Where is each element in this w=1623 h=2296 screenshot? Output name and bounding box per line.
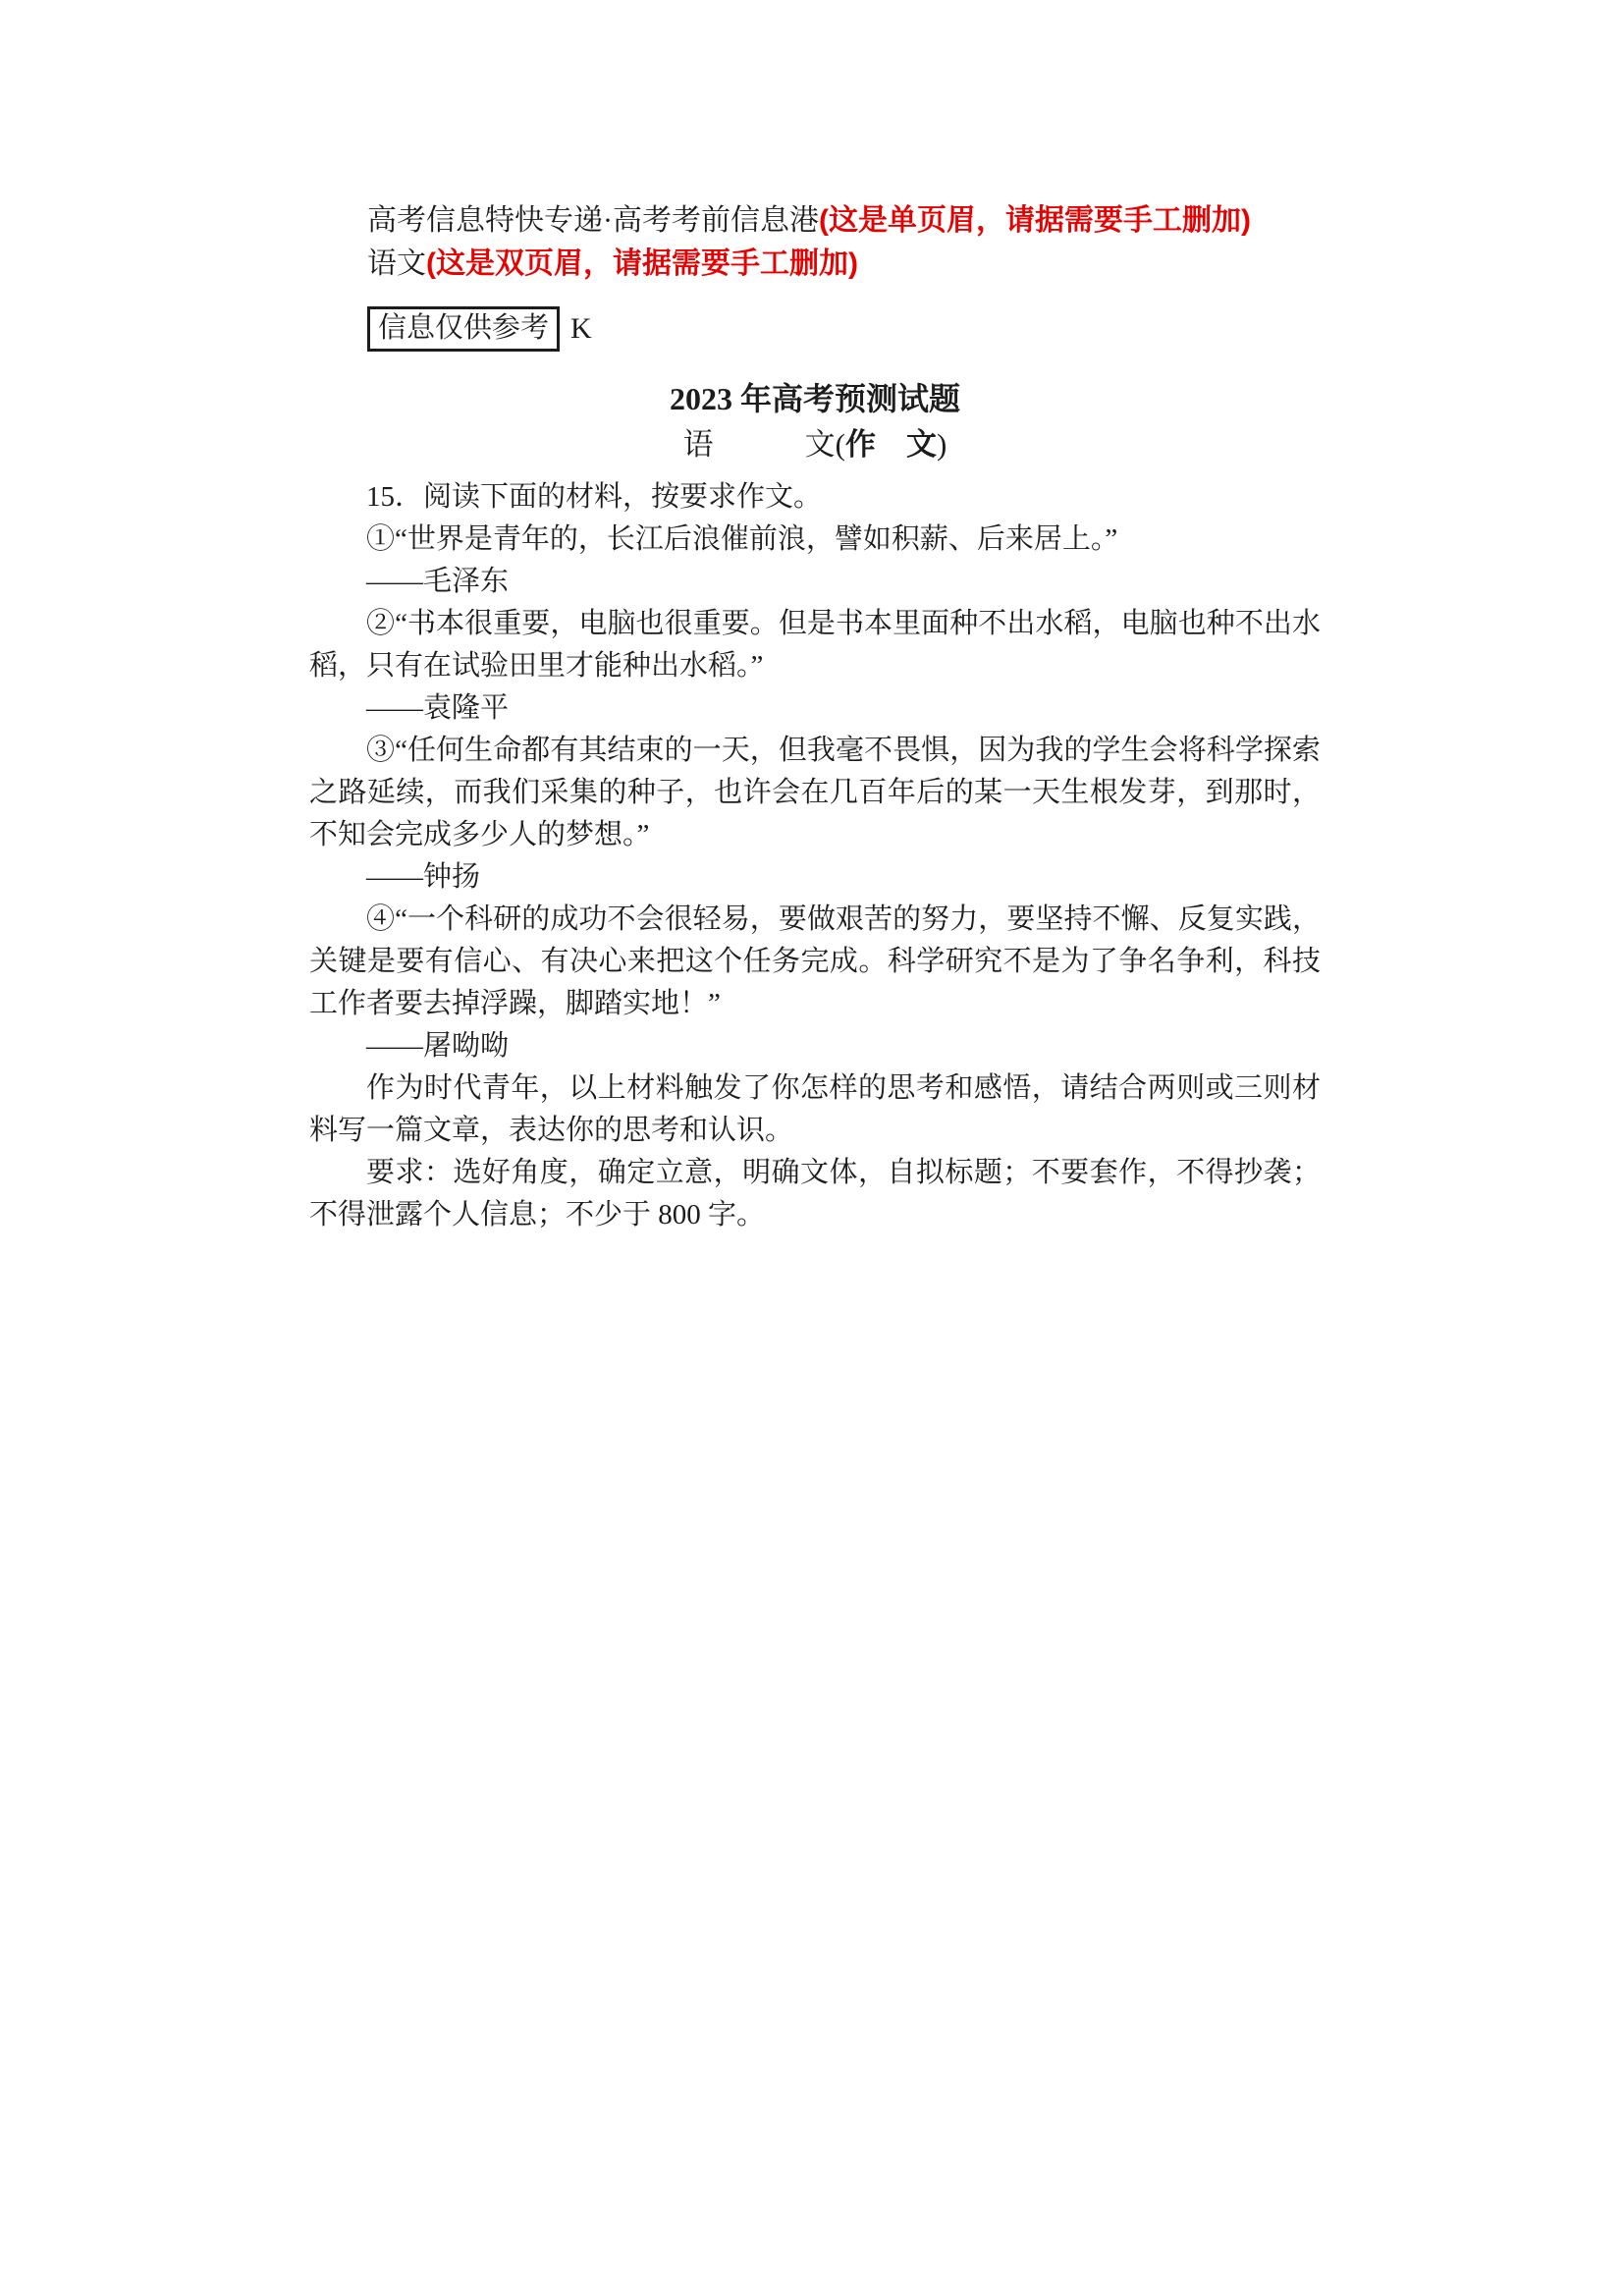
essay-question: 15．阅读下面的材料，按要求作文。 ①“世界是青年的，长江后浪催前浪，譬如积薪、… (309, 476, 1321, 1236)
material-quote-1: ①“世界是青年的，长江后浪催前浪，譬如积薪、后来居上。” (309, 519, 1321, 561)
material-quote-3: ③“任何生命都有其结束的一天，但我毫不畏惧，因为我的学生会将科学探索之路延续，而… (309, 730, 1321, 856)
subject-post: ) (937, 427, 947, 462)
reference-box: 信息仅供参考 (367, 306, 560, 352)
essay-materials: ①“世界是青年的，长江后浪催前浪，譬如积薪、后来居上。” ——毛泽东 ②“书本很… (309, 519, 1321, 1067)
header-line-double: 语文(这是双页眉，请据需要手工删加) (367, 243, 1321, 286)
reference-row: 信息仅供参考 K (367, 306, 1321, 352)
subject-heading: 语 文(作 文) (309, 425, 1321, 465)
page-header: 高考信息特快专递·高考考前信息港(这是单页眉，请据需要手工删加) 语文(这是双页… (367, 199, 1321, 286)
subject-pre: 语 文( (683, 427, 845, 462)
header-line-single: 高考信息特快专递·高考考前信息港(这是单页眉，请据需要手工删加) (367, 199, 1321, 243)
material-author-2: ——袁隆平 (309, 687, 1321, 730)
header-note-double: (这是双页眉，请据需要手工删加) (426, 247, 858, 280)
requirements-paragraph: 要求：选好角度，确定立意，明确文体，自拟标题；不要套作，不得抄袭；不得泄露个人信… (309, 1152, 1321, 1236)
question-intro: 15．阅读下面的材料，按要求作文。 (309, 476, 1321, 519)
header-note-single: (这是单页眉，请据需要手工删加) (819, 204, 1251, 237)
header-text-double: 语文 (367, 247, 426, 280)
material-author-3: ——钟扬 (309, 856, 1321, 899)
reference-code: K (570, 312, 592, 346)
material-author-1: ——毛泽东 (309, 561, 1321, 603)
material-quote-2: ②“书本很重要，电脑也很重要。但是书本里面种不出水稻，电脑也种不出水稻，只有在试… (309, 603, 1321, 687)
material-author-4: ——屠呦呦 (309, 1025, 1321, 1067)
task-paragraph: 作为时代青年，以上材料触发了你怎样的思考和感悟，请结合两则或三则材料写一篇文章，… (309, 1067, 1321, 1152)
exam-title: 2023 年高考预测试题 (309, 379, 1321, 418)
material-quote-4: ④“一个科研的成功不会很轻易，要做艰苦的努力，要坚持不懈、反复实践，关键是要有信… (309, 899, 1321, 1025)
reference-box-label: 信息仅供参考 (378, 312, 549, 344)
page-content: 高考信息特快专递·高考考前信息港(这是单页眉，请据需要手工删加) 语文(这是双页… (309, 199, 1321, 1236)
header-text-single: 高考信息特快专递·高考考前信息港 (367, 204, 819, 237)
subject-bold: 作 文 (845, 427, 937, 462)
document-page: { "page": { "background": "#ffffff", "te… (0, 0, 1623, 2296)
